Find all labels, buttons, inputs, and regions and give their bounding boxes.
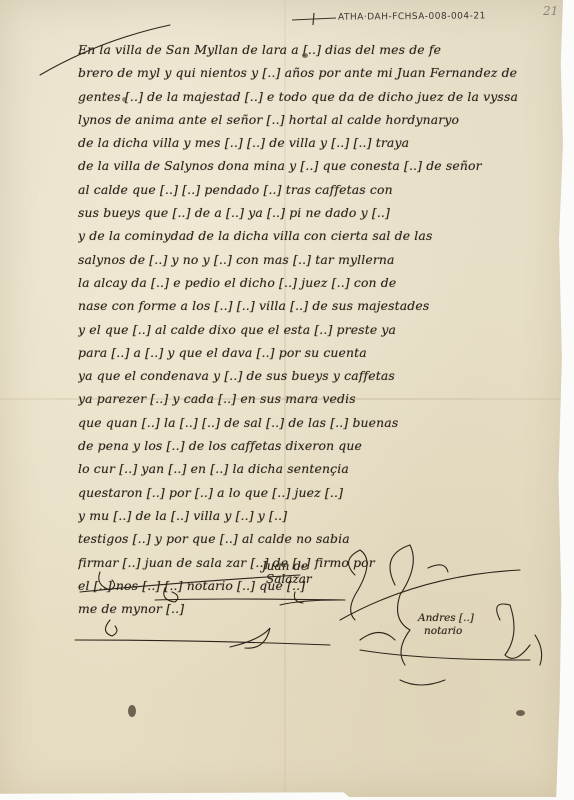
ink-blot [122, 97, 127, 102]
manuscript-line: brero de myl y qui nientos y [..] años p… [78, 61, 548, 84]
manuscript-line: el [..] nos [..] [..] notario [..] que [… [78, 574, 548, 597]
manuscript-line: para [..] a [..] y que el dava [..] por … [78, 341, 548, 364]
manuscript-line: me de mynor [..] [78, 597, 548, 620]
manuscript-body: En la villa de San Myllan de lara a [..]… [78, 38, 548, 620]
manuscript-line: lynos de anima ante el señor [..] hortal… [78, 108, 548, 131]
cross-mark-icon [290, 12, 338, 26]
ink-blot [128, 705, 136, 717]
signature-line: notario [424, 625, 474, 638]
manuscript-line: y de la cominydad de la dicha villa con … [78, 224, 548, 247]
manuscript-line: y el que [..] al calde dixo que el esta … [78, 318, 548, 341]
manuscript-line: de la dicha villa y mes [..] [..] de vil… [78, 131, 548, 154]
signature-line: Andres [..] [418, 612, 474, 625]
manuscript-line: de la villa de Salynos dona mina y [..] … [78, 154, 548, 177]
manuscript-line: sus bueys que [..] de a [..] ya [..] pi … [78, 201, 548, 224]
notary-signature: Andres [..] notario [418, 612, 474, 638]
signature-line: Salazar [266, 573, 312, 586]
manuscript-line: la alcay da [..] e pedio el dicho [..] j… [78, 271, 548, 294]
manuscript-line: que quan [..] la [..] [..] de sal [..] d… [78, 411, 548, 434]
manuscript-line: questaron [..] por [..] a lo que [..] ju… [78, 481, 548, 504]
manuscript-line: salynos de [..] y no y [..] con mas [..]… [78, 248, 548, 271]
manuscript-line: y mu [..] de la [..] villa y [..] y [..] [78, 504, 548, 527]
manuscript-line: firmar [..] juan de sala zar [..] de [..… [78, 551, 548, 574]
manuscript-line: lo cur [..] yan [..] en [..] la dicha se… [78, 457, 548, 480]
witness-signature: Juan de Salazar [262, 560, 312, 586]
ink-blot [516, 710, 525, 716]
manuscript-line: ya parezer [..] y cada [..] en sus mara … [78, 387, 548, 410]
archive-reference-stamp: ATHA·DAH-FCHSA-008-004-21 [338, 11, 486, 22]
manuscript-line: nase con forme a los [..] [..] villa [..… [78, 294, 548, 317]
manuscript-line: gentes [..] de la majestad [..] e todo q… [78, 85, 548, 108]
manuscript-line: testigos [..] y por que [..] al calde no… [78, 527, 548, 550]
manuscript-line: En la villa de San Myllan de lara a [..]… [78, 38, 548, 61]
manuscript-line: al calde que [..] [..] pendado [..] tras… [78, 178, 548, 201]
ink-blot [302, 53, 308, 58]
manuscript-line: de pena y los [..] de los caffetas dixer… [78, 434, 548, 457]
folio-number: 21 [543, 4, 558, 18]
manuscript-line: ya que el condenava y [..] de sus bueys … [78, 364, 548, 387]
